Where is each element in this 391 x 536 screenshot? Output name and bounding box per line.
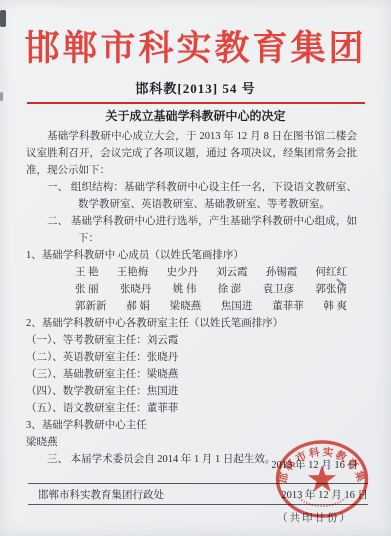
- organization-title: 邯郸市科实教育集团: [0, 0, 391, 69]
- item-one: 一、 组织结构：基础学科教研中心设主任一名，下设语文教研室、数学教研室、英语教研…: [26, 179, 357, 213]
- chief-name: 梁晓燕: [26, 434, 357, 451]
- member-name: 刘云霞: [216, 264, 248, 281]
- document-number: 邯科教[2013] 54 号: [0, 82, 391, 96]
- issuing-office: 邯郸市科实教育集团行政处: [38, 488, 164, 503]
- member-name: 王艳梅: [117, 264, 149, 281]
- member-name: 何红红: [315, 264, 347, 281]
- intro-paragraph: 基础学科教研中心成立大会，于 2013 年 12 月 8 日在图书馆二楼会议室胜…: [26, 128, 357, 179]
- member-name: 孙锡霞: [266, 264, 298, 281]
- print-copies-note: （共印廿份）: [277, 510, 352, 525]
- member-name: 王 艳: [75, 264, 99, 281]
- chief-heading: 3、基础学科教研中心主任: [26, 417, 357, 434]
- member-name: 张晓丹: [120, 281, 152, 298]
- directors-heading: 2、基础学科教研中心各教研室主任（以姓氏笔画排序）: [26, 315, 357, 332]
- item-two: 二、 基础学科教研中心进行选举，产生基础学科教研中心组成，如下：: [26, 213, 357, 247]
- director-item: （四）、数学教研室主任：焦国进: [26, 383, 357, 400]
- member-name: 董菲菲: [272, 298, 304, 315]
- director-item: （二）、英语教研室主任：张晓丹: [26, 349, 357, 366]
- members-row: 郭新新 郝 娟 梁晓燕 焦国进 董菲菲 韩 爽: [75, 298, 347, 315]
- document-body: 基础学科教研中心成立大会，于 2013 年 12 月 8 日在图书馆二楼会议室胜…: [26, 128, 357, 468]
- member-name: 韩 爽: [323, 298, 347, 315]
- scanned-document-page: 邯郸市科实教育集团 邯科教[2013] 54 号 关于成立基础学科教研中心的决定…: [0, 0, 391, 536]
- members-row: 张 丽 张晓丹 姚 伟 徐 澎 袁卫彦 郭张倩: [75, 281, 347, 298]
- footer-divider-bottom: [28, 504, 368, 505]
- member-name: 袁卫彦: [263, 281, 295, 298]
- member-name: 张 丽: [75, 281, 99, 298]
- scan-artifact: [0, 10, 6, 27]
- footer-row: 邯郸市科实教育集团行政处 2013 年 12 月 16 日: [38, 488, 368, 503]
- red-divider-line: [27, 102, 365, 104]
- members-row: 王 艳 王艳梅 史少丹 刘云霞 孙锡霞 何红红: [75, 264, 347, 281]
- member-name: 郝 娟: [126, 298, 150, 315]
- member-name: 郭新新: [75, 298, 107, 315]
- member-name: 徐 澎: [218, 281, 242, 298]
- director-item: （三）、基础教研室主任：梁晓燕: [26, 366, 357, 383]
- scan-artifact: [0, 92, 3, 101]
- signature-date: 2013 年 12 月 16 日: [271, 459, 358, 473]
- footer-divider-top: [28, 483, 368, 484]
- member-name: 姚 伟: [173, 281, 197, 298]
- document-title: 关于成立基础学科教研中心的决定: [0, 109, 391, 123]
- member-name: 梁晓燕: [170, 298, 202, 315]
- issue-date: 2013 年 12 月 16 日: [281, 488, 368, 503]
- member-name: 焦国进: [221, 298, 253, 315]
- director-item: （一）、等考教研室主任：刘云霞: [26, 332, 357, 349]
- members-heading: 1、基础学科教研中 心成员（以姓氏笔画排序）: [26, 247, 357, 264]
- director-item: （五）、语文教研室主任：董菲菲: [26, 400, 357, 417]
- member-name: 史少丹: [166, 264, 198, 281]
